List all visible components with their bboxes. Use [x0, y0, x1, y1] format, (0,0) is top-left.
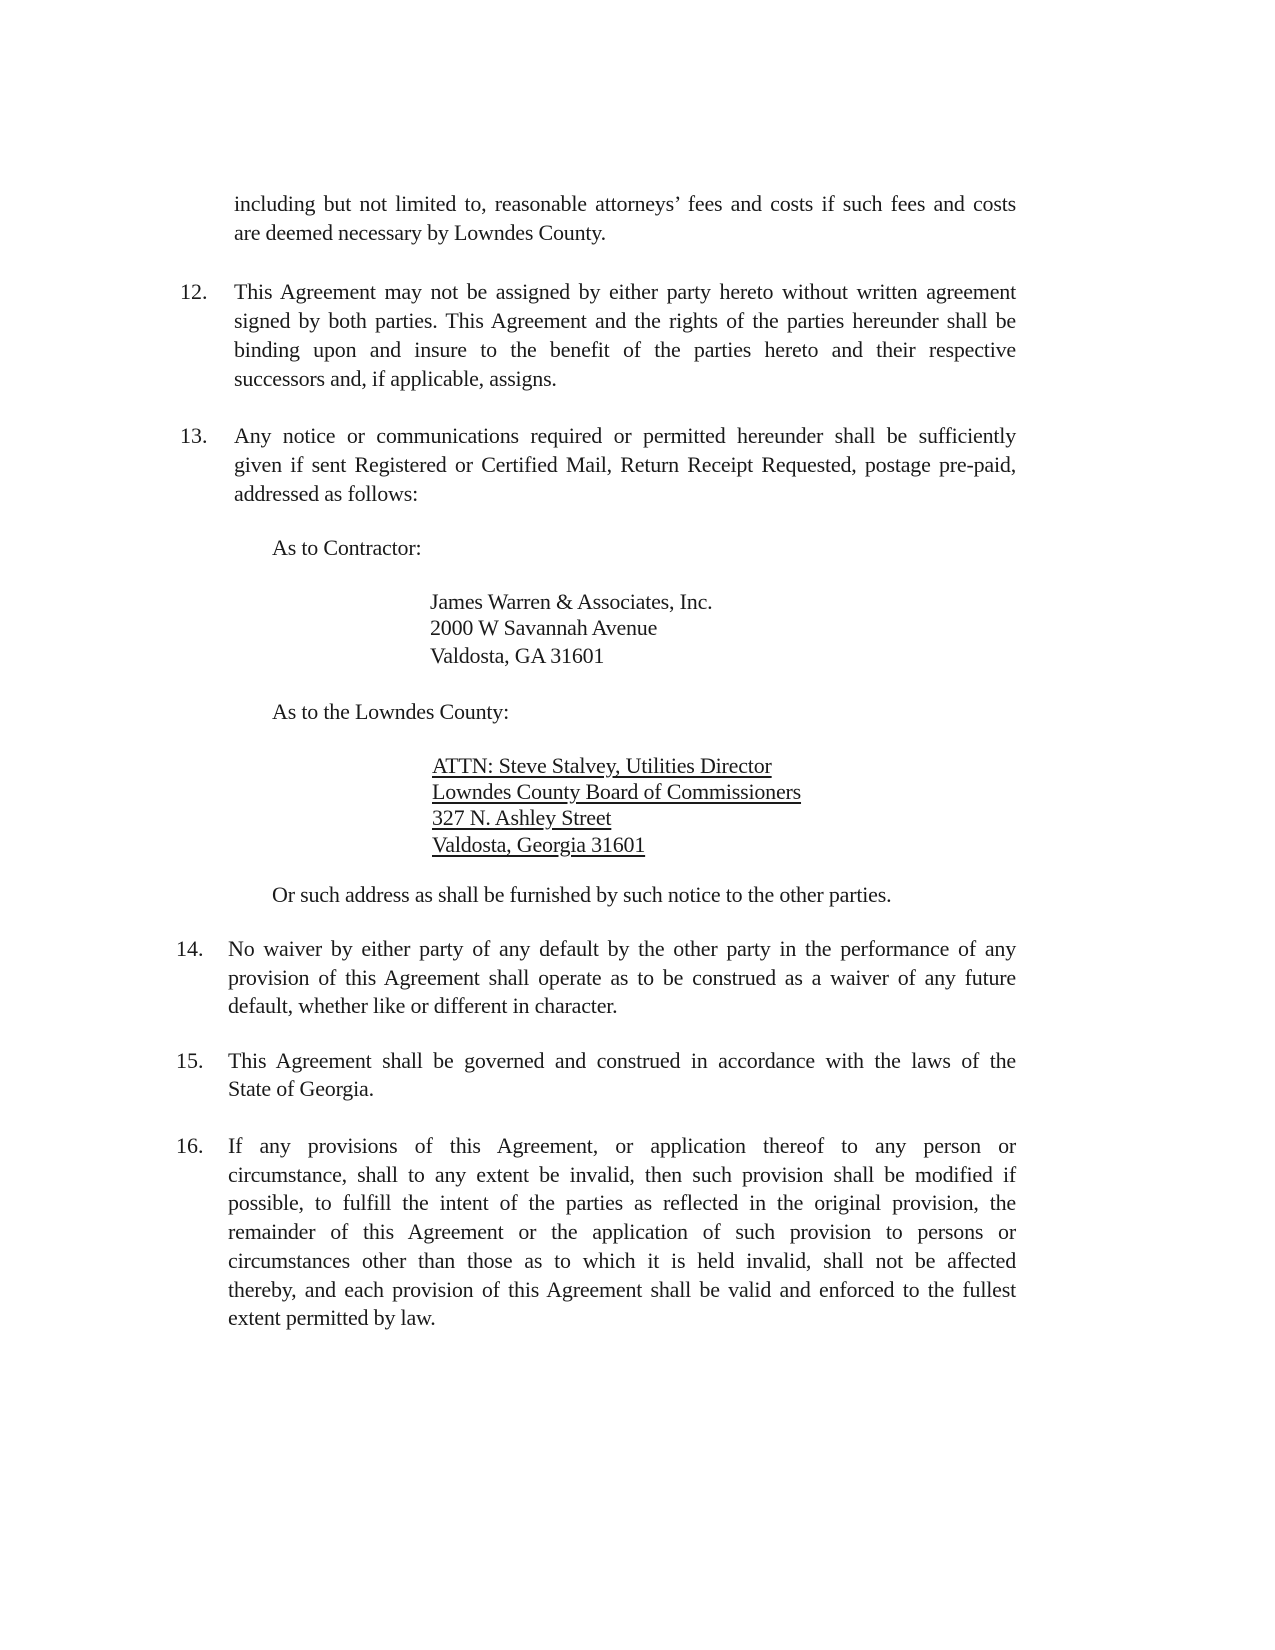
county-address-line: ATTN: Steve Stalvey, Utilities Director: [432, 751, 772, 780]
section-number-14: 14.: [176, 934, 204, 963]
document-page: including but not limited to, reasonable…: [0, 0, 1275, 1650]
county-address-line: Valdosta, Georgia 31601: [432, 830, 645, 859]
county-address-line: Lowndes County Board of Commissioners: [432, 777, 801, 806]
contractor-address-line: 2000 W Savannah Avenue: [430, 613, 657, 642]
section-number-16: 16.: [176, 1131, 204, 1160]
section-13-line: addressed as follows:: [234, 479, 418, 508]
section-13-line: Any notice or communications required or…: [234, 421, 1016, 450]
section-number-13: 13.: [180, 421, 208, 450]
section-14-line: provision of this Agreement shall operat…: [228, 963, 1016, 992]
contractor-label: As to Contractor:: [272, 533, 421, 562]
section-number-15: 15.: [176, 1046, 204, 1075]
section-14-line: default, whether like or different in ch…: [228, 991, 617, 1020]
section-12-line: binding upon and insure to the benefit o…: [234, 335, 1016, 364]
section-16-line: possible, to fulfill the intent of the p…: [228, 1188, 1016, 1217]
section-13-line: given if sent Registered or Certified Ma…: [234, 450, 1016, 479]
section-12-line: This Agreement may not be assigned by ei…: [234, 277, 1016, 306]
notice-closing: Or such address as shall be furnished by…: [272, 880, 891, 909]
section-16-line: extent permitted by law.: [228, 1303, 436, 1332]
section-14-line: No waiver by either party of any default…: [228, 934, 1016, 963]
section-12-line: successors and, if applicable, assigns.: [234, 364, 557, 393]
section-16-line: circumstances other than those as to whi…: [228, 1246, 1016, 1275]
section-12-line: signed by both parties. This Agreement a…: [234, 306, 1016, 335]
contractor-address-line: Valdosta, GA 31601: [430, 641, 604, 670]
continuation-line: including but not limited to, reasonable…: [234, 189, 1016, 218]
contractor-address-line: James Warren & Associates, Inc.: [430, 587, 712, 616]
county-address-line: 327 N. Ashley Street: [432, 803, 611, 832]
section-16-line: circumstance, shall to any extent be inv…: [228, 1160, 1016, 1189]
section-number-12: 12.: [180, 277, 208, 306]
section-15-line: This Agreement shall be governed and con…: [228, 1046, 1016, 1075]
section-16-line: remainder of this Agreement or the appli…: [228, 1217, 1016, 1246]
section-15-line: State of Georgia.: [228, 1074, 374, 1103]
continuation-line: are deemed necessary by Lowndes County.: [234, 218, 606, 247]
section-16-line: thereby, and each provision of this Agre…: [228, 1275, 1016, 1304]
section-16-line: If any provisions of this Agreement, or …: [228, 1131, 1016, 1160]
county-label: As to the Lowndes County:: [272, 697, 509, 726]
